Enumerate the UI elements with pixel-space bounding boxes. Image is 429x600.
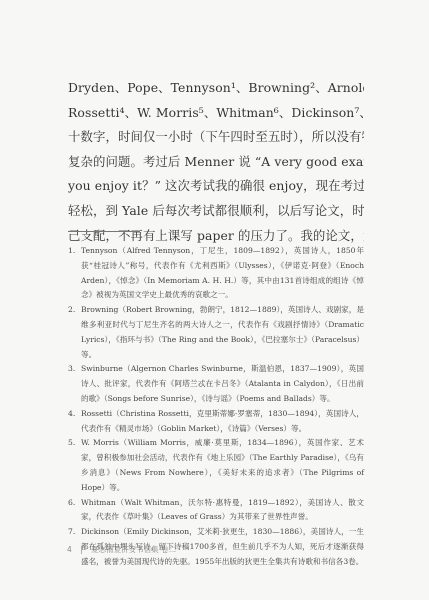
footnote-divider	[68, 231, 140, 232]
page-number: 4	[67, 545, 72, 554]
footer-separator: |	[80, 545, 83, 554]
footnote-number: 3.	[68, 362, 81, 406]
body-line: Rossetti⁴、W. Morris⁵、Whitman⁶、Dickinson⁷…	[68, 101, 364, 126]
footnote-3: 3. Swinburne（Algernon Charles Swinburne，…	[68, 362, 364, 406]
footnote-text: Whitman（Walt Whitman，沃尔特·惠特曼，1819—1892），…	[81, 496, 364, 526]
footnote-number: 6.	[68, 496, 81, 526]
body-line: 轻松，到 Yale 后每次考试都很顺利，以后写论文，时间由自	[68, 199, 364, 224]
footnote-number: 4.	[68, 407, 81, 437]
footnote-number: 2.	[68, 303, 81, 362]
footnote-text: W. Morris（William Morris，威廉·莫里斯，1834—189…	[81, 436, 364, 495]
body-line: 十数字，时间仅一小时（下午四时至五时），所以没有特别	[68, 125, 364, 150]
body-line: you enjoy it？” 这次考试我的确很 enjoy，现在考过，心里很	[68, 174, 364, 199]
book-page: Dryden、Pope、Tennyson¹、Browning²、Arnold、S…	[0, 0, 429, 600]
main-paragraph: Dryden、Pope、Tennyson¹、Browning²、Arnold、S…	[68, 76, 364, 248]
footnote-text: Browning（Robert Browning，勃朗宁，1812—1889），…	[81, 303, 364, 362]
footnote-text: Tennyson（Alfred Tennyson，丁尼生，1809—1892），…	[81, 244, 364, 303]
footnote-number: 1.	[68, 244, 81, 303]
footnote-6: 6. Whitman（Walt Whitman，沃尔特·惠特曼，1819—189…	[68, 496, 364, 526]
footnotes: 1. Tennyson（Alfred Tennyson，丁尼生，1809—189…	[68, 244, 364, 570]
body-line: Dryden、Pope、Tennyson¹、Browning²、Arnold、S…	[68, 76, 364, 101]
footnote-text: Rossetti（Christina Rossetti，克里斯蒂娜·罗塞蒂，18…	[81, 407, 364, 437]
page-footer: 4 | 夏志清夏济安书信集·卷二	[67, 544, 182, 555]
footnote-text: Swinburne（Algernon Charles Swinburne，斯温伯…	[81, 362, 364, 406]
footnote-5: 5. W. Morris（William Morris，威廉·莫里斯，1834—…	[68, 436, 364, 495]
footnote-1: 1. Tennyson（Alfred Tennyson，丁尼生，1809—189…	[68, 244, 364, 303]
book-title: 夏志清夏济安书信集·卷二	[91, 545, 176, 554]
footnote-4: 4. Rossetti（Christina Rossetti，克里斯蒂娜·罗塞蒂…	[68, 407, 364, 437]
footnote-2: 2. Browning（Robert Browning，勃朗宁，1812—188…	[68, 303, 364, 362]
footnote-number: 5.	[68, 436, 81, 495]
body-line: 复杂的问题。考过后 Menner 说 “A very good examinat…	[68, 150, 364, 175]
